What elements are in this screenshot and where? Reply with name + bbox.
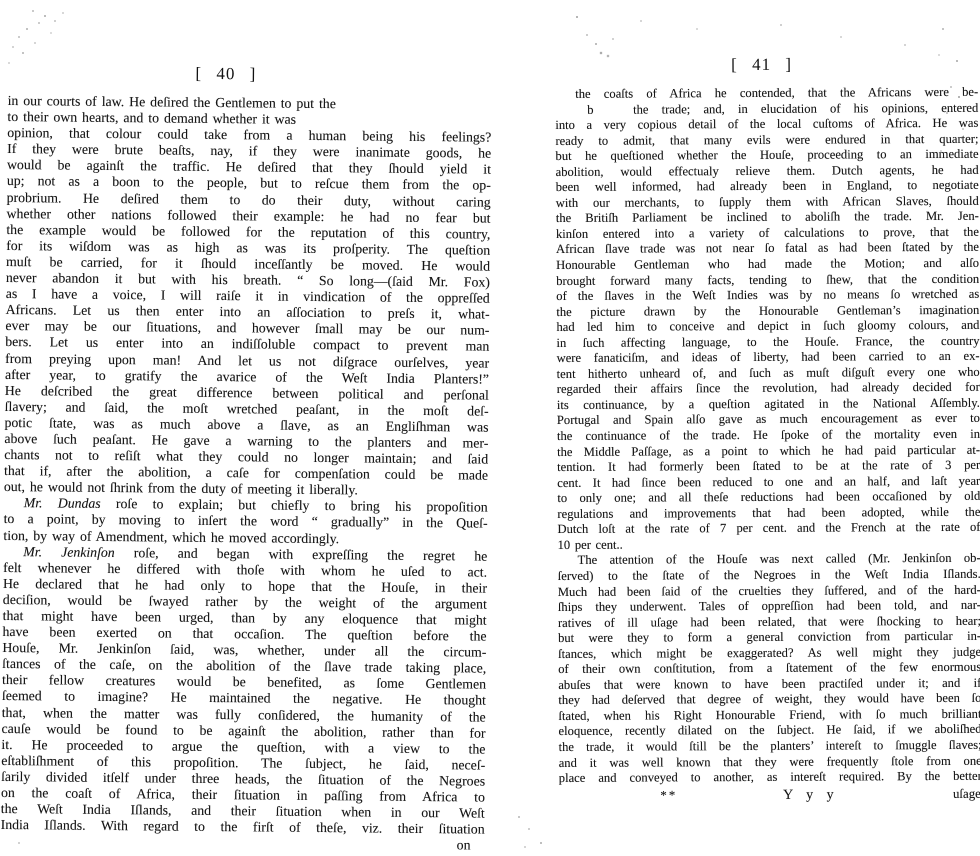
- catchword-right: uſage: [953, 786, 980, 801]
- gathering-signature: Y y y: [783, 787, 836, 803]
- page-40: [ 40 ] in our courts of law. He deſired …: [0, 62, 492, 854]
- text-line: place and conveyed to another, as intere…: [559, 769, 980, 787]
- page-40-text-block: in our courts of law. He deſired the Gen…: [1, 93, 492, 838]
- page-41: [ 41 ] the coaſts of Africa he contended…: [555, 54, 980, 806]
- page-number-left: [ 40 ]: [0, 62, 468, 87]
- scan-noise: [514, 812, 516, 814]
- document-scan: [ 40 ] in our courts of law. He deſired …: [0, 0, 980, 856]
- page-number-right: [ 41 ]: [550, 54, 973, 76]
- scan-noise: [4, 6, 6, 8]
- signature-mark: **: [660, 788, 677, 803]
- scan-noise: [556, 10, 558, 12]
- page-41-footer: ** Y y y uſage: [559, 786, 980, 805]
- page-41-text-block: the coaſts of Africa he contended, that …: [555, 85, 980, 787]
- text-line: Dutch loſt at the rate of 7 per cent. an…: [557, 520, 980, 538]
- scan-noise: [936, 24, 938, 26]
